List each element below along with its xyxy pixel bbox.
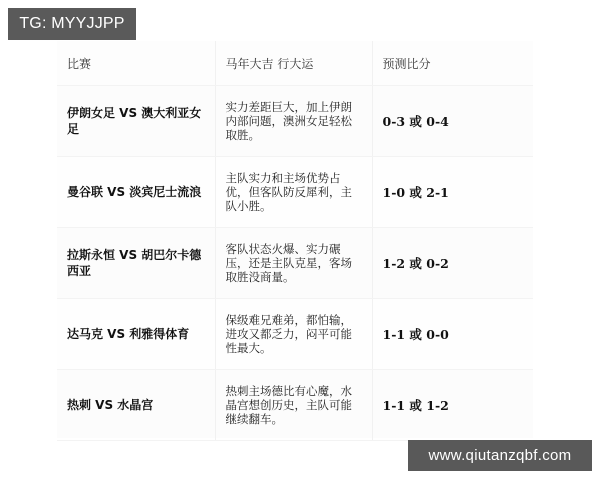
score-cell: 1-1 或 1-2 <box>372 370 533 441</box>
table-row: 拉斯永恒 VS 胡巴尔卡德西亚 客队状态火爆、实力碾压，还是主队克星，客场取胜没… <box>57 228 533 299</box>
match-cell: 达马克 VS 利雅得体育 <box>57 299 215 370</box>
analysis-cell: 保级难兄难弟，都怕输，进攻又都乏力，闷平可能性最大。 <box>215 299 372 370</box>
header-match: 比赛 <box>57 41 215 86</box>
match-cell: 拉斯永恒 VS 胡巴尔卡德西亚 <box>57 228 215 299</box>
score-cell: 1-0 或 2-1 <box>372 157 533 228</box>
table-row: 伊朗女足 VS 澳大利亚女足 实力差距巨大，加上伊朗内部问题，澳洲女足轻松取胜。… <box>57 86 533 157</box>
table-row: 热刺 VS 水晶宫 热刺主场德比有心魔，水晶宫想创历史，主队可能继续翻车。 1-… <box>57 370 533 441</box>
analysis-cell: 主队实力和主场优势占优，但客队防反犀利，主队小胜。 <box>215 157 372 228</box>
watermark-telegram: TG: MYYJJPP <box>8 8 136 40</box>
score-cell: 0-3 或 0-4 <box>372 86 533 157</box>
table-row: 达马克 VS 利雅得体育 保级难兄难弟，都怕输，进攻又都乏力，闷平可能性最大。 … <box>57 299 533 370</box>
match-cell: 伊朗女足 VS 澳大利亚女足 <box>57 86 215 157</box>
score-cell: 1-1 或 0-0 <box>372 299 533 370</box>
watermark-website: www.qiutanzqbf.com <box>408 440 592 471</box>
analysis-cell: 实力差距巨大，加上伊朗内部问题，澳洲女足轻松取胜。 <box>215 86 372 157</box>
table-row: 曼谷联 VS 淡宾尼士流浪 主队实力和主场优势占优，但客队防反犀利，主队小胜。 … <box>57 157 533 228</box>
match-cell: 热刺 VS 水晶宫 <box>57 370 215 441</box>
analysis-cell: 热刺主场德比有心魔，水晶宫想创历史，主队可能继续翻车。 <box>215 370 372 441</box>
table-header-row: 比赛 马年大吉 行大运 预测比分 <box>57 41 533 86</box>
prediction-table: 比赛 马年大吉 行大运 预测比分 伊朗女足 VS 澳大利亚女足 实力差距巨大，加… <box>57 41 533 441</box>
header-score: 预测比分 <box>372 41 533 86</box>
header-analysis: 马年大吉 行大运 <box>215 41 372 86</box>
match-cell: 曼谷联 VS 淡宾尼士流浪 <box>57 157 215 228</box>
prediction-table-container: 比赛 马年大吉 行大运 预测比分 伊朗女足 VS 澳大利亚女足 实力差距巨大，加… <box>57 41 533 438</box>
analysis-cell: 客队状态火爆、实力碾压，还是主队克星，客场取胜没商量。 <box>215 228 372 299</box>
score-cell: 1-2 或 0-2 <box>372 228 533 299</box>
